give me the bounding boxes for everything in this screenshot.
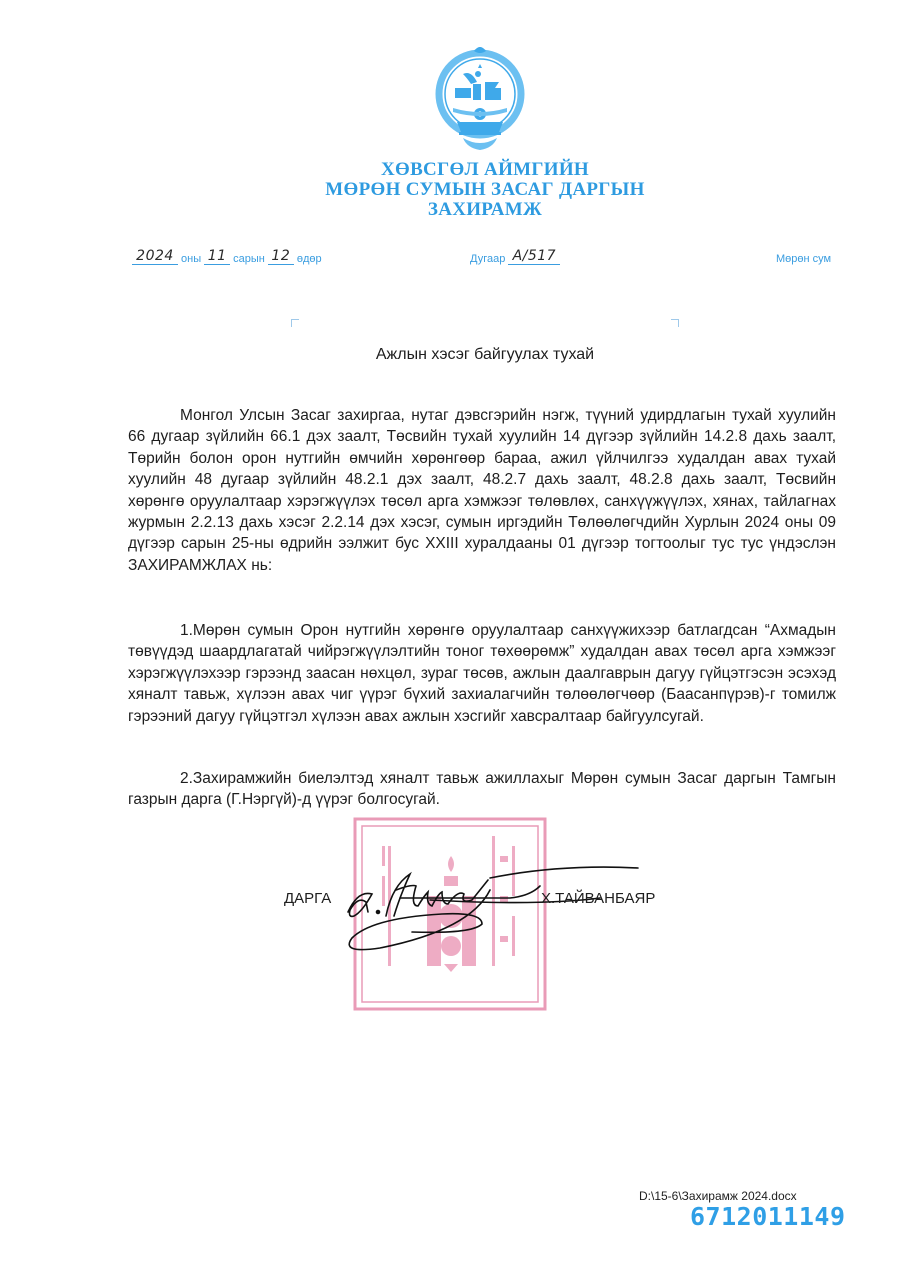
document-number: ДугаарA/517	[470, 248, 560, 270]
subject-corner-mark-left	[291, 319, 299, 327]
preamble-text: Монгол Улсын Засаг захиргаа, нутаг дэвсг…	[128, 405, 836, 576]
date-month: 11	[204, 248, 230, 265]
signatory-title: ДАРГА	[284, 890, 331, 907]
number-value: A/517	[508, 248, 560, 265]
header-line-doc-type: ЗАХИРАМЖ	[0, 200, 902, 220]
header-line-governor: МӨРӨН СУМЫН ЗАСАГ ДАРГЫН	[0, 180, 902, 200]
order-item-2: 2.Захирамжийн биелэлтэд хяналт тавьж ажи…	[128, 768, 836, 811]
order-item-1-text: 1.Мөрөн сумын Орон нутгийн хөрөнгө оруул…	[128, 620, 836, 727]
document-subject: Ажлын хэсэг байгуулах тухай	[0, 346, 902, 364]
registration-number-stamp: 6712011149	[690, 1202, 846, 1231]
issue-place: Мөрөн сум	[776, 253, 831, 265]
issuing-authority-header: ХӨВСГӨЛ АЙМГИЙН МӨРӨН СУМЫН ЗАСАГ ДАРГЫН…	[0, 160, 902, 220]
order-item-2-text: 2.Захирамжийн биелэлтэд хяналт тавьж ажи…	[128, 768, 836, 811]
signatory-name: Х.ТАЙВАНБАЯР	[541, 890, 655, 907]
header-line-aimag: ХӨВСГӨЛ АЙМГИЙН	[0, 160, 902, 180]
subject-corner-mark-right	[671, 319, 679, 327]
year-label: оны	[181, 253, 201, 265]
preamble-paragraph: Монгол Улсын Засаг захиргаа, нутаг дэвсг…	[128, 405, 836, 576]
month-label: сарын	[233, 253, 265, 265]
date-year: 2024	[132, 248, 178, 265]
date-day: 12	[268, 248, 294, 265]
number-label: Дугаар	[470, 253, 505, 265]
day-label: өдөр	[297, 253, 322, 265]
order-item-1: 1.Мөрөн сумын Орон нутгийн хөрөнгө оруул…	[128, 620, 836, 727]
file-path-footer: D:\15-6\Захирамж 2024.docx	[639, 1189, 797, 1203]
mongolia-state-emblem-icon	[433, 42, 527, 154]
document-date: 2024оны11сарын12өдөр	[132, 248, 325, 270]
